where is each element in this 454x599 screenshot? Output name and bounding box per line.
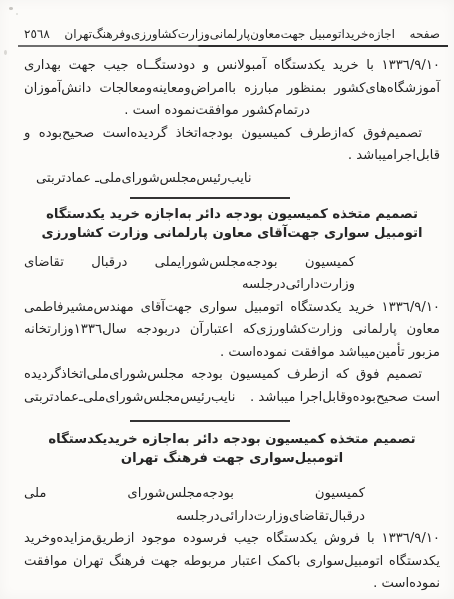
section-divider — [130, 197, 290, 199]
heading-line: اتومبیل‌سواری جهت فرهنگ تهران — [24, 449, 440, 468]
decision-row: است صحیح‌بوده‌وقابل‌اجرا میباشد . نایب‌ر… — [24, 387, 440, 410]
decision-line: تصمیم فوق که ازطرف کمیسیون بودجه مجلس‌شو… — [24, 364, 440, 387]
body-line: ١٣٣٦/٩/١٠ با فروش یکدستگاه جیب فرسوده مو… — [24, 528, 440, 551]
body-line: آموزشگاه‌های‌کشور بمنظور مبارزه باامراض‌… — [24, 78, 440, 101]
section-heading: تصمیم متخذه کمیسیون بودجه دائر به‌اجازه … — [24, 430, 440, 468]
decision-line: قابل‌اجرامیباشد . — [24, 145, 440, 168]
header-rule — [18, 45, 448, 47]
culture-section: تصمیم متخذه کمیسیون بودجه دائر به‌اجازه … — [24, 430, 440, 596]
heading-line: تصمیم متخذه کمیسیون بودجه دائر به‌اجازه … — [24, 430, 440, 449]
agriculture-section: تصمیم متخذه کمیسیون بودجه دائر به‌اجازه … — [24, 205, 440, 410]
page-number: ٢٥٦٨ — [24, 26, 50, 42]
page-header: صفحه اجازه‌خریداتومبیل جهت‌معاون‌پارلمان… — [24, 26, 440, 42]
heading-line: تصمیم متخذه کمیسیون بودجه دائر به‌اجازه … — [24, 205, 440, 224]
scan-artifact — [16, 13, 18, 15]
section-heading: تصمیم متخذه کمیسیون بودجه دائر به‌اجازه … — [24, 205, 440, 243]
continuation-section: ١٣٣٦/٩/١٠ با خرید یکدستگاه آمبولانس و دو… — [24, 55, 440, 190]
scan-artifact — [9, 7, 13, 10]
decision-line: است صحیح‌بوده‌وقابل‌اجرا میباشد . — [250, 387, 440, 410]
document-page: صفحه اجازه‌خریداتومبیل جهت‌معاون‌پارلمان… — [0, 0, 454, 599]
heading-line: اتومبیل سواری جهت‌آقای معاون پارلمانی وز… — [24, 224, 440, 243]
body-line: مزبور تأمین‌میباشد موافقت نموده‌است . — [24, 342, 440, 365]
signature: نایب‌رئیس‌مجلس‌شورای‌ملی‌ـ عمادتربتی — [24, 168, 440, 190]
signature: نایب‌رئیس‌مجلس‌شورای‌ملی‌ـ‌عمادتربتی — [24, 387, 235, 410]
body-line: معاون پارلمانی وزارت‌کشاورزی‌که اعتبارآن… — [24, 319, 440, 342]
decision-line: تصمیم‌فوق که‌ازطرف کمیسیون بودجه‌اتخاذ گ… — [24, 123, 440, 146]
body-line: نموده‌است . — [24, 573, 440, 596]
body-line: ١٣٣٦/٩/١٠ با خرید یکدستگاه آمبولانس و دو… — [24, 55, 440, 78]
section-divider — [130, 420, 290, 422]
body-line: کمیسیون بودجه‌مجلس‌شورای ملی درقبال‌تقاض… — [24, 483, 440, 528]
scan-artifact — [4, 50, 7, 55]
running-title: اجازه‌خریداتومبیل جهت‌معاون‌پارلمانی‌وزا… — [64, 26, 395, 42]
page-label: صفحه — [410, 26, 440, 42]
body-line: کمیسیون بودجه‌مجلس‌شورایملی درقبال تقاضا… — [24, 252, 440, 297]
body-line: یکدستگاه اتومبیل‌سواری باکمک اعتبار مربو… — [24, 551, 440, 574]
body-line: ١٣٣٦/٩/١٠ خرید یکدستگاه اتومبیل سواری جه… — [24, 297, 440, 320]
body-line: درتمام‌کشور موافقت‌نموده است . — [24, 100, 440, 123]
